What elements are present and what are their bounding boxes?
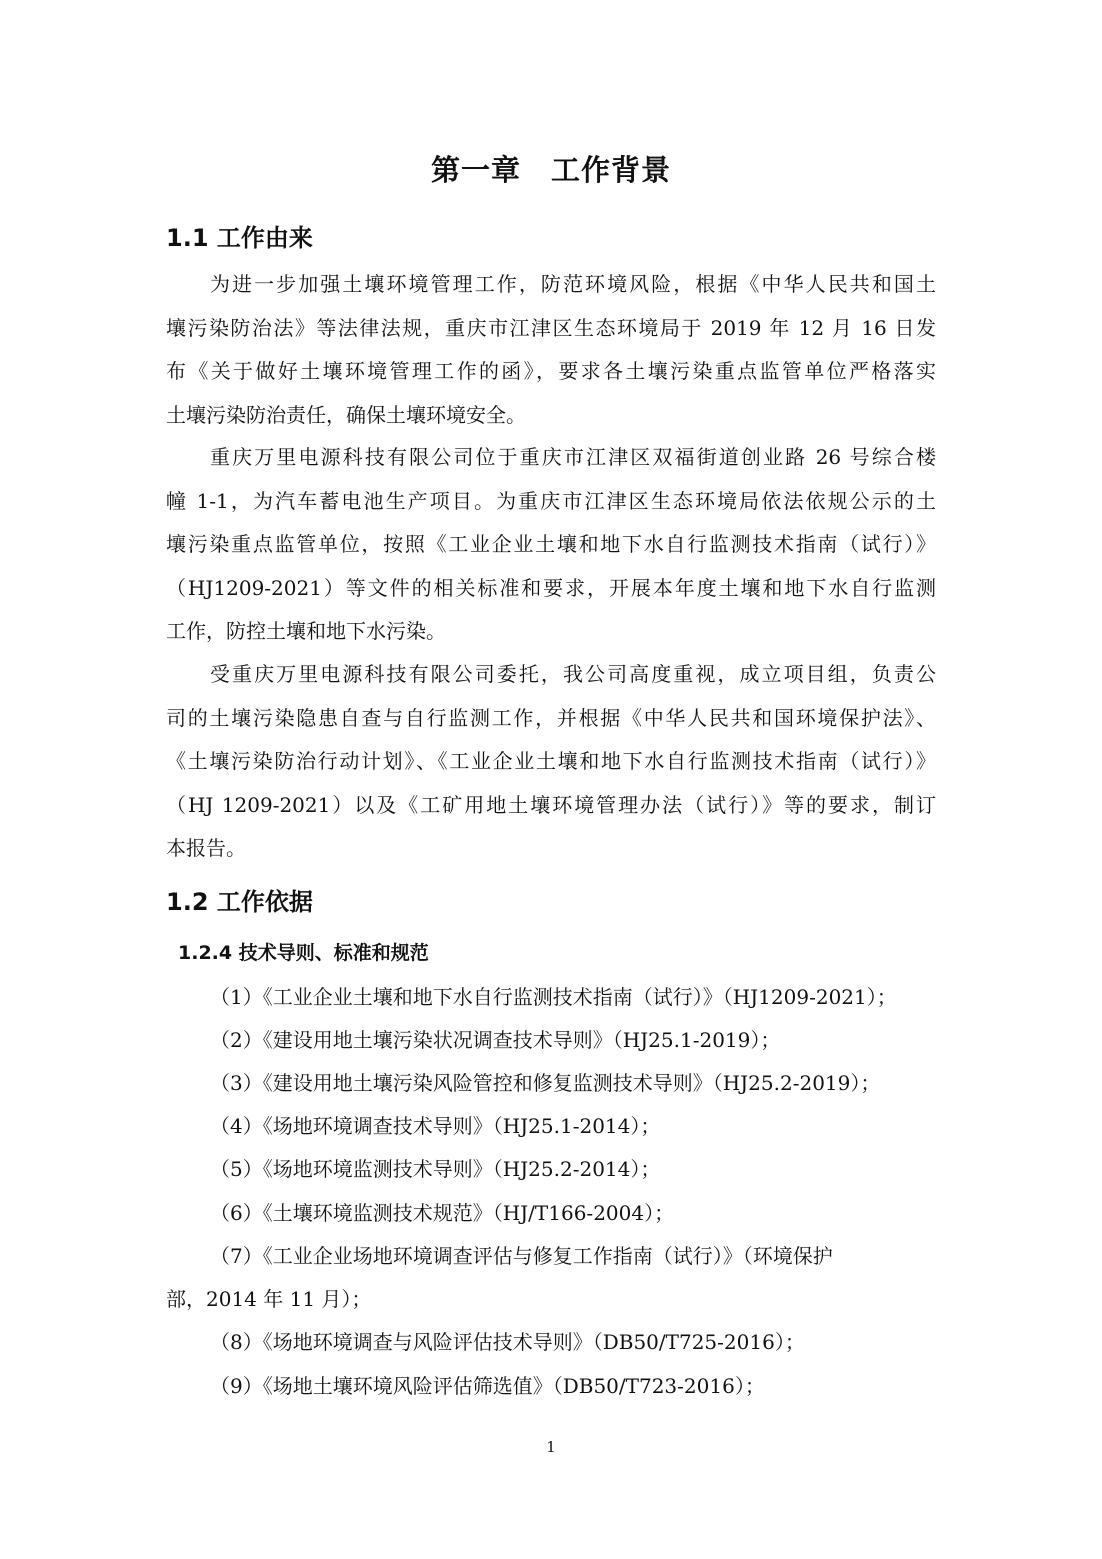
standard-item-9: （9）《场地土壤环境风险评估筛选值》（DB50/T723-2016）； (210, 1370, 765, 1399)
standard-item-1: （1）《工业企业土壤和地下水自行监测技术指南（试行）》（HJ1209-2021）… (210, 981, 897, 1010)
paragraph-line: 为进一步加强土壤环境管理工作，防范环境风险，根据《中华人民共和国土 (166, 263, 936, 307)
standard-item-7: （7）《工业企业场地环境调查评估与修复工作指南（试行）》（环境保护 (210, 1240, 833, 1269)
paragraph-line: 幢 1-1，为汽车蓄电池生产项目。为重庆市江津区生态环境局依法依规公示的土 (166, 480, 936, 524)
page-number: 1 (0, 1438, 1102, 1456)
paragraph-line: 《土壤污染防治行动计划》、《工业企业土壤和地下水自行监测技术指南（试行）》 (166, 740, 936, 784)
standard-item-3: （3）《建设用地土壤污染风险管控和修复监测技术导则》（HJ25.2-2019）； (210, 1067, 880, 1096)
paragraph-line: 受重庆万里电源科技有限公司委托，我公司高度重视，成立项目组，负责公 (166, 653, 936, 697)
section-heading-1-2: 1.2 工作依据 (166, 882, 313, 917)
paragraph-line: 工作，防控土壤和地下水污染。 (166, 610, 936, 654)
document-page: 第一章工作背景 1.1 工作由来 为进一步加强土壤环境管理工作，防范环境风险，根… (0, 0, 1102, 1559)
paragraph-company: 重庆万里电源科技有限公司位于重庆市江津区双福街道创业路 26 号综合楼 幢 1-… (166, 436, 936, 654)
standard-item-8: （8）《场地环境调查与风险评估技术导则》（DB50/T725-2016）； (210, 1326, 805, 1355)
paragraph-line: 壤污染重点监管单位，按照《工业企业土壤和地下水自行监测技术指南（试行）》 (166, 523, 936, 567)
paragraph-line: 布《关于做好土壤环境管理工作的函》，要求各土壤污染重点监管单位严格落实 (166, 350, 936, 394)
paragraph-line: （HJ 1209-2021）以及《工矿用地土壤环境管理办法（试行）》等的要求，制… (166, 784, 936, 828)
standard-item-7-continued: 部，2014 年 11 月）； (166, 1283, 371, 1312)
chapter-title: 第一章工作背景 (0, 148, 1102, 189)
chapter-name: 工作背景 (551, 153, 671, 187)
standard-item-4: （4）《场地环境调查技术导则》（HJ25.1-2014）； (210, 1110, 660, 1139)
paragraph-origin: 为进一步加强土壤环境管理工作，防范环境风险，根据《中华人民共和国土 壤污染防治法… (166, 263, 936, 437)
paragraph-line: 土壤污染防治责任，确保土壤环境安全。 (166, 394, 936, 438)
paragraph-commission: 受重庆万里电源科技有限公司委托，我公司高度重视，成立项目组，负责公 司的土壤污染… (166, 653, 936, 871)
subsection-heading-1-2-4: 1.2.4 技术导则、标准和规范 (178, 938, 429, 965)
section-heading-1-1: 1.1 工作由来 (166, 218, 313, 253)
paragraph-line: 壤污染防治法》等法律法规，重庆市江津区生态环境局于 2019 年 12 月 16… (166, 307, 936, 351)
standard-item-6: （6）《土壤环境监测技术规范》（HJ/T166-2004）； (210, 1197, 674, 1226)
standard-item-2: （2）《建设用地土壤污染状况调查技术导则》（HJ25.1-2019）； (210, 1024, 780, 1053)
paragraph-line: 本报告。 (166, 827, 936, 871)
paragraph-line: （HJ1209-2021）等文件的相关标准和要求，开展本年度土壤和地下水自行监测 (166, 567, 936, 611)
paragraph-line: 司的土壤污染隐患自查与自行监测工作，并根据《中华人民共和国环境保护法》、 (166, 697, 936, 741)
standard-item-5: （5）《场地环境监测技术导则》（HJ25.2-2014）； (210, 1153, 660, 1182)
paragraph-line: 重庆万里电源科技有限公司位于重庆市江津区双福街道创业路 26 号综合楼 (166, 436, 936, 480)
chapter-label: 第一章 (431, 153, 521, 187)
